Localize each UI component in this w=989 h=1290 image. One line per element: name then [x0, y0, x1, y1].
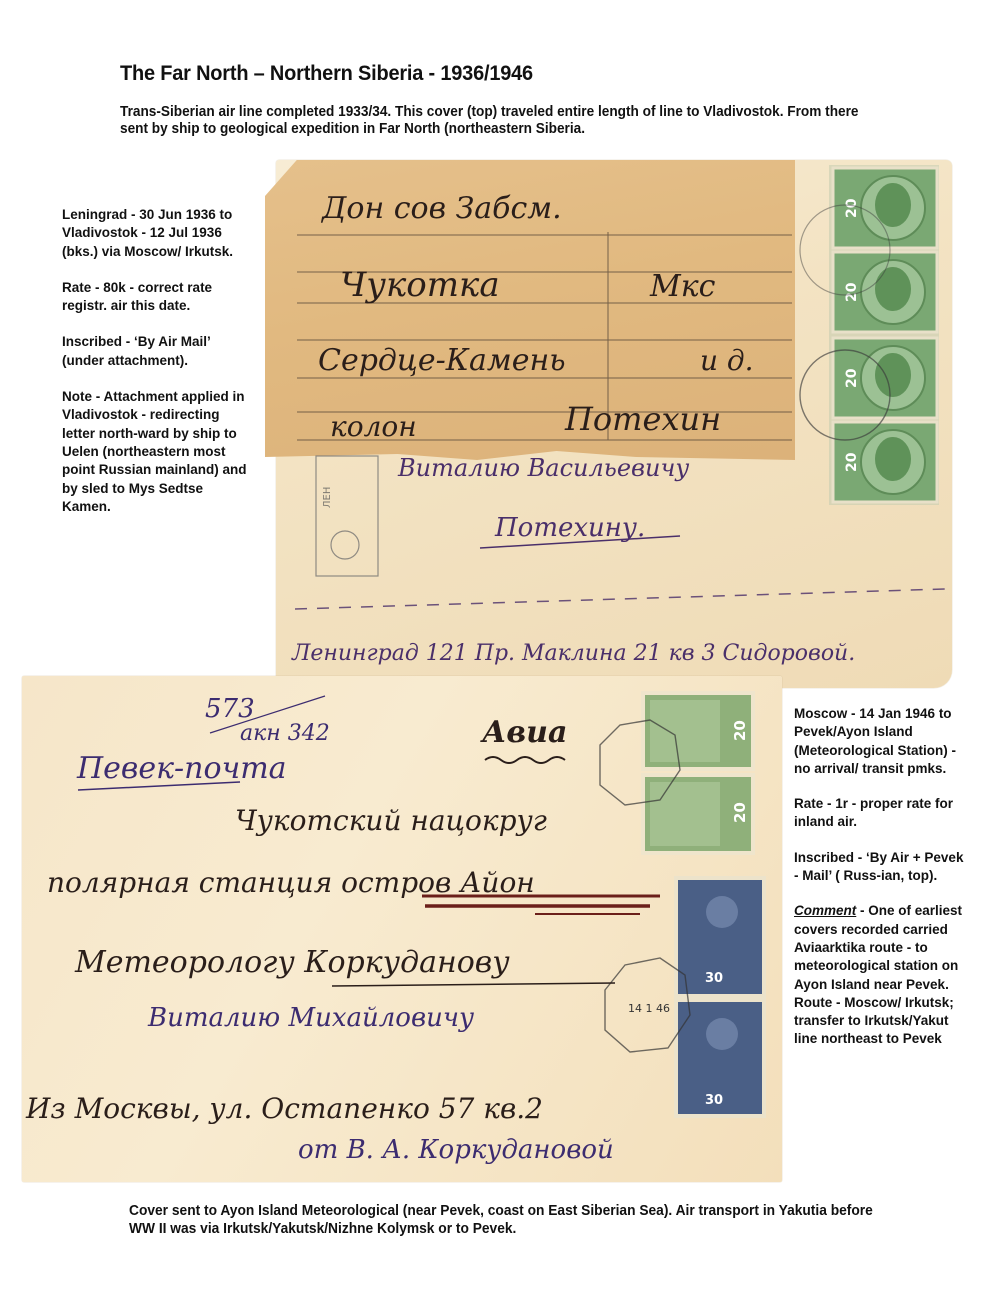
attachment-note: Note - Attachment applied in Vladivostok… — [62, 388, 252, 516]
rate-note: Rate - 1r - proper rate for inland air. — [794, 795, 964, 832]
route-note: Leningrad - 30 Jun 1936 to Vladivostok -… — [62, 206, 252, 261]
comment-label: Comment — [794, 903, 856, 918]
bottom-cover-notes: Moscow - 14 Jan 1946 to Pevek/Ayon Islan… — [794, 705, 964, 1066]
comment-text: - One of earliest covers recorded carrie… — [794, 903, 962, 1046]
redirect-attachment-label — [265, 160, 795, 460]
intro-text: Trans-Siberian air line completed 1933/3… — [120, 104, 872, 138]
bottom-cover-envelope — [22, 676, 782, 1182]
top-cover-notes: Leningrad - 30 Jun 1936 to Vladivostok -… — [62, 206, 252, 534]
comment-note: Comment - One of earliest covers recorde… — [794, 902, 964, 1048]
inscribed-note: Inscribed - ‘By Air + Pevek - Mail’ ( Ru… — [794, 849, 964, 886]
route-note: Moscow - 14 Jan 1946 to Pevek/Ayon Islan… — [794, 705, 964, 778]
footer-text: Cover sent to Ayon Island Meteorological… — [129, 1202, 889, 1238]
rate-note: Rate - 80k - correct rate registr. air t… — [62, 279, 252, 316]
page-title: The Far North – Northern Siberia - 1936/… — [120, 62, 533, 86]
inscribed-note: Inscribed - ‘By Air Mail’ (under attachm… — [62, 333, 252, 370]
